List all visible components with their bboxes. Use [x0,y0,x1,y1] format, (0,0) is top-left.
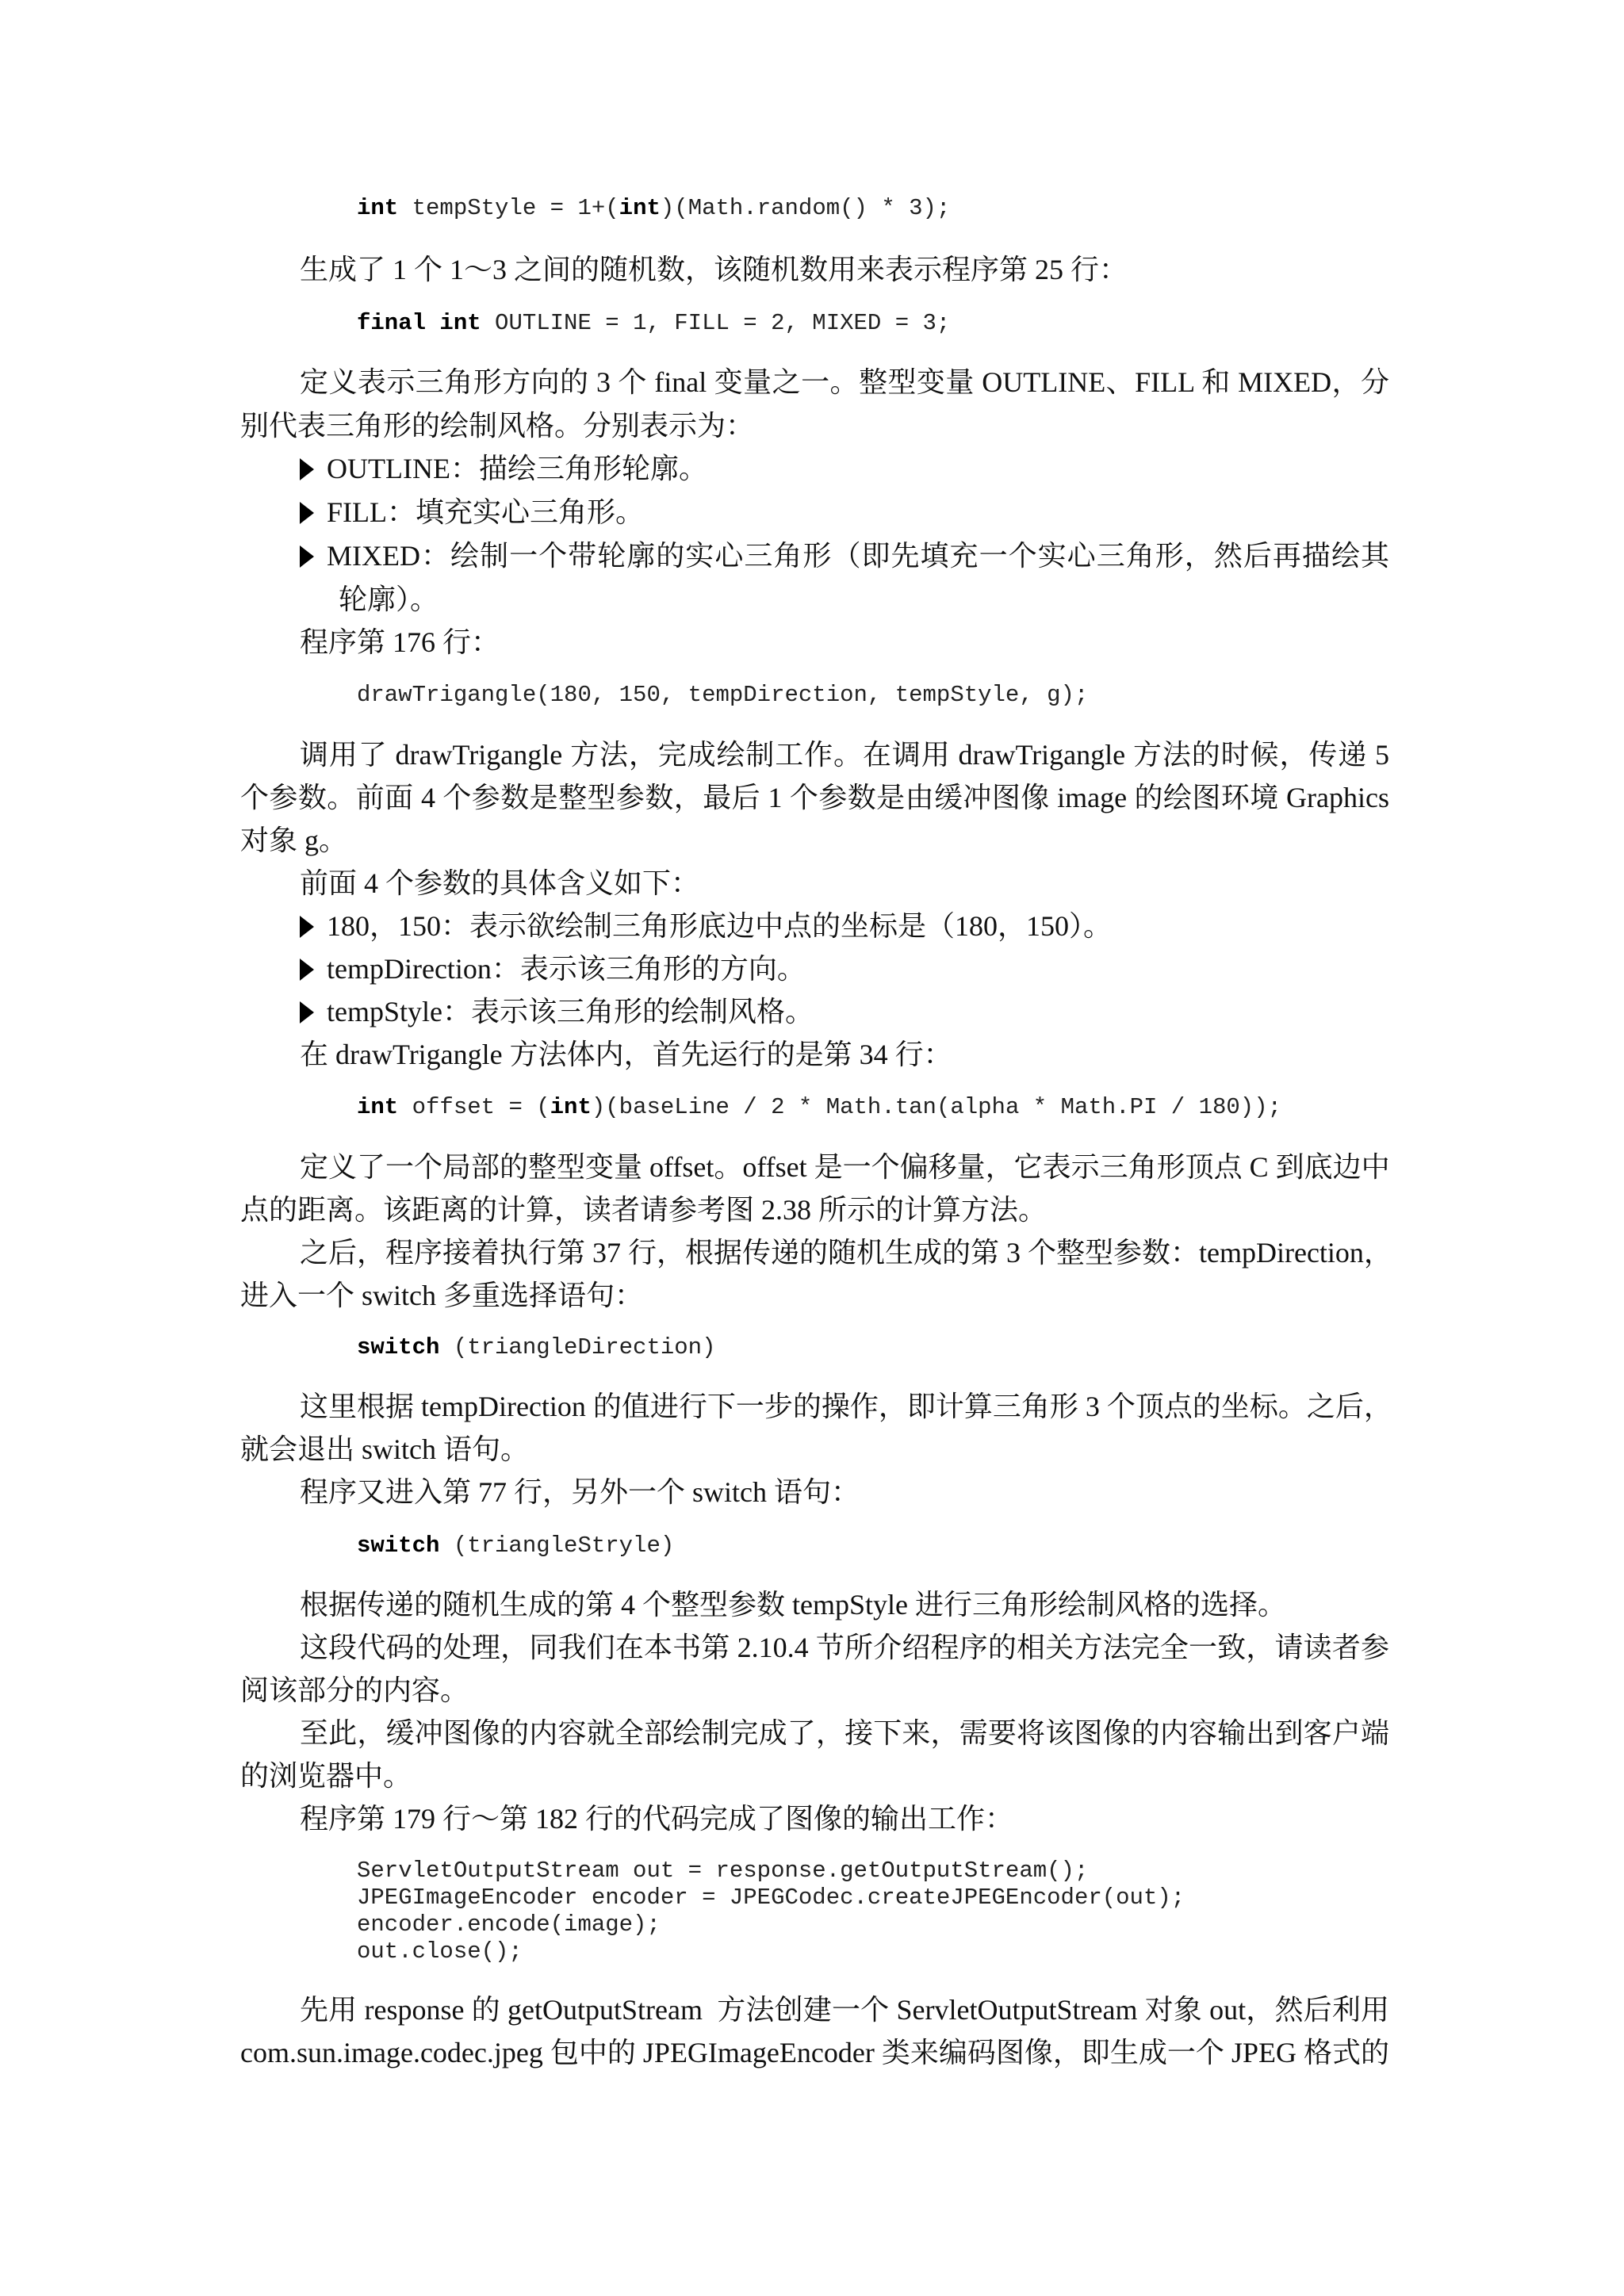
paragraph-text: 的浏览器中。 [240,1758,412,1793]
code-line-output-stream: ServletOutputStream out = response.getOu… [357,1858,1088,1885]
code-line-offset: int offset = (int)(baseLine / 2 * Math.t… [357,1094,1281,1121]
code-line-tempstyle: int tempStyle = 1+(int)(Math.random() * … [357,195,950,222]
bullet-item: 180，150：表示欲绘制三角形底边中点的坐标是（180，150）。 [300,909,1112,943]
paragraph-text: 先用 response 的 getOutputStream 方法创建一个 Ser… [300,1992,1389,2027]
code-keyword: int [357,1094,398,1120]
code-keyword: int [550,1094,592,1120]
paragraph-text: 生成了 1 个 1～3 之间的随机数，该随机数用来表示程序第 25 行： [300,252,1128,287]
paragraph-text: 个参数。前面 4 个参数是整型参数，最后 1 个参数是由缓冲图像 image 的… [240,780,1389,815]
arrow-bullet-icon [300,458,314,480]
code-text: tempStyle = 1+( [398,195,619,221]
bullet-item: tempStyle：表示该三角形的绘制风格。 [300,994,814,1029]
code-line-switch-direction: switch (triangleDirection) [357,1334,715,1361]
arrow-bullet-icon [300,959,314,981]
arrow-bullet-icon [300,1001,314,1024]
paragraph-text: 在 drawTrigangle 方法体内，首先运行的是第 34 行： [300,1037,952,1072]
paragraph-text: 之后，程序接着执行第 37 行，根据传递的随机生成的第 3 个整型参数：temp… [300,1235,1389,1270]
code-line-jpeg-encoder: JPEGImageEncoder encoder = JPEGCodec.cre… [357,1885,1185,1911]
document-page: int tempStyle = 1+(int)(Math.random() * … [0,0,1624,2296]
bullet-item-continuation: 轮廓）。 [339,582,439,617]
paragraph-text: com.sun.image.codec.jpeg 包中的 JPEGImageEn… [240,2035,1389,2070]
code-line-switch-style: switch (triangleStryle) [357,1533,674,1559]
code-line-close: out.close(); [357,1938,523,1965]
code-keyword: final [357,310,426,336]
code-keyword: int [439,310,481,336]
paragraph-text: 定义表示三角形方向的 3 个 final 变量之一。整型变量 OUTLINE、F… [300,365,1389,400]
code-text: )(baseLine / 2 * Math.tan(alpha * Math.P… [592,1094,1281,1120]
bullet-item: OUTLINE：描绘三角形轮廓。 [300,451,707,486]
bullet-item: tempDirection：表示该三角形的方向。 [300,951,806,986]
paragraph-text: 前面 4 个参数的具体含义如下： [300,866,699,901]
code-text: (triangleStryle) [439,1533,674,1559]
paragraph-text: 这里根据 tempDirection 的值进行下一步的操作，即计算三角形 3 个… [300,1389,1389,1424]
code-text: )(Math.random() * 3); [661,195,950,221]
code-text: OUTLINE = 1, FILL = 2, MIXED = 3; [481,310,951,336]
code-keyword: int [357,195,398,221]
code-line-final-constants: final int OUTLINE = 1, FILL = 2, MIXED =… [357,310,950,337]
code-keyword: int [619,195,661,221]
paragraph-text: 程序第 179 行～第 182 行的代码完成了图像的输出工作： [300,1801,1013,1836]
paragraph-text: 至此，缓冲图像的内容就全部绘制完成了，接下来，需要将该图像的内容输出到客户端 [300,1716,1389,1751]
code-keyword: switch [357,1334,439,1360]
paragraph-text: 程序又进入第 77 行，另外一个 switch 语句： [300,1475,860,1510]
paragraph-text: 就会退出 switch 语句。 [240,1432,529,1467]
paragraph-text: 调用了 drawTrigangle 方法，完成绘制工作。在调用 drawTrig… [300,737,1389,772]
arrow-bullet-icon [300,502,314,524]
code-keyword: switch [357,1533,439,1559]
paragraph-text: 这段代码的处理，同我们在本书第 2.10.4 节所介绍程序的相关方法完全一致，请… [300,1630,1389,1665]
code-text: offset = ( [398,1094,550,1120]
paragraph-text: 定义了一个局部的整型变量 offset。offset 是一个偏移量，它表示三角形… [300,1150,1389,1184]
arrow-bullet-icon [300,545,314,568]
paragraph-text: 程序第 176 行： [300,625,500,660]
paragraph-text: 根据传递的随机生成的第 4 个整型参数 tempStyle 进行三角形绘制风格的… [300,1587,1286,1622]
bullet-item: MIXED：绘制一个带轮廓的实心三角形（即先填充一个实心三角形，然后再描绘其 [300,538,1389,573]
paragraph-text: 点的距离。该距离的计算，读者请参考图 2.38 所示的计算方法。 [240,1192,1047,1227]
paragraph-text: 进入一个 switch 多重选择语句： [240,1278,643,1313]
paragraph-text: 别代表三角形的绘制风格。分别表示为： [240,408,754,443]
paragraph-text: 阅该部分的内容。 [240,1673,469,1708]
code-line-encode: encoder.encode(image); [357,1911,661,1938]
code-line-drawtrigangle-call: drawTrigangle(180, 150, tempDirection, t… [357,682,1088,709]
arrow-bullet-icon [300,916,314,938]
paragraph-text: 对象 g。 [240,823,347,858]
bullet-item: FILL：填充实心三角形。 [300,495,644,530]
code-text: (triangleDirection) [439,1334,715,1360]
